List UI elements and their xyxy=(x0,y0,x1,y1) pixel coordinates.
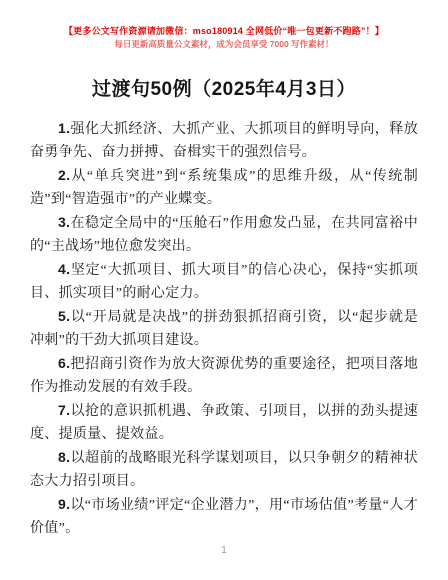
paragraph-4: 4.坚定“大抓项目、抓大项目”的信心决心，保持“实抓项目、抓实项目”的耐心定力。 xyxy=(30,258,418,305)
page-number: 1 xyxy=(0,545,448,556)
paragraph-7-text: 以抢的意识抓机遇、争政策、引项目，以拼的劲头提速度、提质量、提效益。 xyxy=(30,404,418,442)
paragraph-3: 3.在稳定全局中的“压舱石”作用愈发凸显，在共同富裕中的“主战场”地位愈发突出。 xyxy=(30,211,418,258)
paragraph-5-text: 以“开局就是决战”的拼劲狠抓招商引资，以“起步就是冲刺”的干劲大抓项目建设。 xyxy=(30,310,418,348)
document-page: 【更多公文写作资源请加微信：mso180914 全网低价“唯一包更新不跑路”！】… xyxy=(0,0,448,580)
paragraph-3-text: 在稳定全局中的“压舱石”作用愈发凸显，在共同富裕中的“主战场”地位愈发突出。 xyxy=(30,216,418,254)
paragraph-2: 2.从“单兵突进”到“系统集成”的思维升级，从“传统制造”到“智造强市”的产业蝶… xyxy=(30,164,418,211)
paragraph-1-number: 1. xyxy=(58,120,70,136)
paragraph-7: 7.以抢的意识抓机遇、争政策、引项目，以拼的劲头提速度、提质量、提效益。 xyxy=(30,399,418,446)
paragraph-4-number: 4. xyxy=(58,261,70,277)
paragraph-6: 6.把招商引资作为放大资源优势的重要途径，把项目落地作为推动发展的有效手段。 xyxy=(30,352,418,399)
paragraph-4-text: 坚定“大抓项目、抓大项目”的信心决心，保持“实抓项目、抓实项目”的耐心定力。 xyxy=(30,263,418,301)
paragraph-9-number: 9. xyxy=(58,496,70,512)
watermark-line-2: 每日更新高质量公文素材，成为会员享受 7000 写作素材！ xyxy=(0,38,448,51)
paragraph-8-text: 以超前的战略眼光科学谋划项目，以只争朝夕的精神状态大力招引项目。 xyxy=(30,451,418,489)
paragraph-6-number: 6. xyxy=(58,355,70,371)
page-title: 过渡句50例（2025年4月3日） xyxy=(0,78,448,102)
document-body: 1.强化大抓经济、大抓产业、大抓项目的鲜明导向，释放奋勇争先、奋力拼搏、奋楫实干… xyxy=(0,117,448,540)
paragraph-3-number: 3. xyxy=(58,214,70,230)
paragraph-7-number: 7. xyxy=(58,402,70,418)
paragraph-8-number: 8. xyxy=(58,449,70,465)
paragraph-1: 1.强化大抓经济、大抓产业、大抓项目的鲜明导向，释放奋勇争先、奋力拼搏、奋楫实干… xyxy=(30,117,418,164)
paragraph-6-text: 把招商引资作为放大资源优势的重要途径，把项目落地作为推动发展的有效手段。 xyxy=(30,357,418,395)
paragraph-2-text: 从“单兵突进”到“系统集成”的思维升级，从“传统制造”到“智造强市”的产业蝶变。 xyxy=(30,169,418,207)
paragraph-8: 8.以超前的战略眼光科学谋划项目，以只争朝夕的精神状态大力招引项目。 xyxy=(30,446,418,493)
paragraph-1-text: 强化大抓经济、大抓产业、大抓项目的鲜明导向，释放奋勇争先、奋力拼搏、奋楫实干的强… xyxy=(30,122,418,160)
paragraph-5: 5.以“开局就是决战”的拼劲狠抓招商引资，以“起步就是冲刺”的干劲大抓项目建设。 xyxy=(30,305,418,352)
watermark-header: 【更多公文写作资源请加微信：mso180914 全网低价“唯一包更新不跑路”！】… xyxy=(0,0,448,51)
paragraph-9-text: 以“市场业绩”评定“企业潜力”，用“市场估值”考量“人才价值”。 xyxy=(30,498,418,536)
watermark-line-1: 【更多公文写作资源请加微信：mso180914 全网低价“唯一包更新不跑路”！】 xyxy=(0,24,448,38)
paragraph-2-number: 2. xyxy=(58,167,70,183)
paragraph-9: 9.以“市场业绩”评定“企业潜力”，用“市场估值”考量“人才价值”。 xyxy=(30,493,418,540)
paragraph-5-number: 5. xyxy=(58,308,70,324)
